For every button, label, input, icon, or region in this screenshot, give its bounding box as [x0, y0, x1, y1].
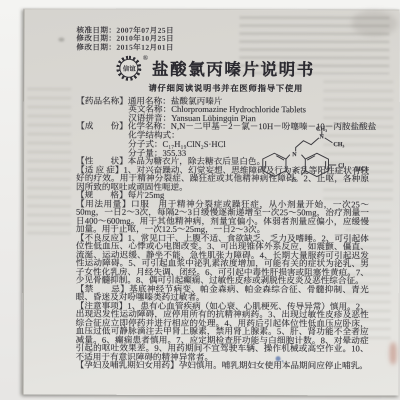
amine-nitrogen-atom: N	[319, 135, 324, 141]
registered-trademark-symbol: ®	[143, 54, 148, 62]
ring-sulfur-atom: S	[293, 178, 297, 184]
composition-section: 【成 份】化学名称：N,N－二甲基－2－氯－10H－吩噻嗪－10－丙胺盐酸盐 化…	[76, 122, 369, 158]
red-ink-smudge	[390, 342, 397, 364]
section-adverse-reactions: 【不良反应】1、常见口干、上腹不适、食欲缺乏、乏力及嗜睡。2、可引起体位性低血压…	[76, 234, 369, 286]
chlorine-atom: Cl	[338, 164, 344, 170]
revision-date-2: 修改日期：2015年12月01日	[76, 43, 369, 52]
dates-block: 核准日期：2007年07月25日 修改日期：2010年10月25日 修改日期：2…	[76, 27, 369, 53]
masthead: 信谊 ® 盐酸氯丙嗪片说明书	[62, 56, 369, 82]
revision-date-2-label: 修改日期：	[76, 42, 116, 51]
section-pregnancy: 【孕妇及哺乳期妇女用药】孕妇慎用。哺乳期妇女使用本品期间应停止哺乳。	[76, 361, 369, 370]
section-pregnancy-label: 【孕妇及哺乳期妇女用药】	[76, 360, 179, 370]
hydrochloride-group: ·HCl	[354, 166, 368, 173]
section-contraindications: 【禁 忌】基底神经节病变、帕金森病、帕金森综合征、骨髓抑制、青光眼、昏迷及对吩噻…	[76, 285, 369, 303]
gray-speck	[58, 38, 64, 42]
leaflet-subtitle: 请仔细阅读说明书并在医师指导下使用	[82, 82, 369, 95]
leaflet-content: 核准日期：2007年07月25日 修改日期：2010年10月25日 修改日期：2…	[76, 27, 370, 371]
leaflet-paper: 核准日期：2007年07月25日 修改日期：2010年10月25日 修改日期：2…	[22, 9, 399, 396]
leaflet-body: 【药品名称】通用名称：盐酸氯丙嗪片 英文名称：Chlorpromazine Hy…	[76, 97, 370, 371]
brand-logo: 信谊	[117, 56, 142, 81]
drug-name-section-label: 【药品名称】	[76, 96, 128, 106]
chemical-structure-diagram: N S Cl ·HCl N CH₃ CH₃	[247, 126, 375, 184]
leaflet-photo: 核准日期：2007年07月25日 修改日期：2010年10月25日 修改日期：2…	[0, 0, 400, 400]
section-precautions-text: 1、患有心血管疾病（如心衰、心肌梗死、传导异常）慎用。2、出现迟发性运动障碍，应…	[76, 301, 369, 362]
methyl-group-top: CH₃	[316, 127, 327, 133]
blue-ink-dot	[276, 356, 281, 361]
molecular-weight-label: 分子量：	[128, 148, 162, 158]
ring-nitrogen-atom: N	[292, 153, 297, 159]
section-precautions: 【注意事项】1、患有心血管疾病（如心衰、心肌梗死、传导异常）慎用。2、出现迟发性…	[76, 302, 369, 362]
section-adverse-reactions-text: 1、常见口干、上腹不适、食欲缺乏、乏力及嗜睡。2、可引起体位性低血压、心悸或心电…	[76, 233, 369, 286]
blue-ink-speck	[282, 360, 284, 362]
molecular-weight-value: 355.33	[163, 148, 187, 158]
showthrough-smudge	[27, 88, 71, 238]
section-pregnancy-text: 孕妇慎用。哺乳期妇女使用本品期间应停止哺乳。	[179, 360, 368, 370]
leaflet-title: 盐酸氯丙嗪片说明书	[152, 56, 315, 80]
section-dosage: 【用法用量】口服 用于精神分裂症或躁狂症，从小剂量开始，一次25～50mg，一日…	[76, 200, 369, 235]
composition-section-label: 【成 份】	[76, 121, 128, 131]
revision-date-2-value: 2015年12月01日	[116, 42, 174, 51]
methyl-group-right: CH₃	[333, 143, 344, 149]
